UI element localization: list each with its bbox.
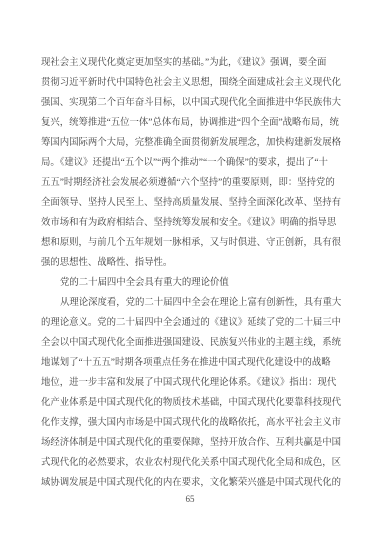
text-line: 从理论深度看，党的二十届四中全会在理论上富有创新性，具有重大 (41, 293, 343, 313)
text-line: 地谋划了“十五五”时期各项重点任务在推进中国式现代化建设中的战略 (41, 353, 343, 373)
text-line: 筹国内国际两个大局，完整准确全面贯彻新发展理念，加快构建新发展格 (41, 133, 343, 153)
text-line: 全面领导、坚持人民至上、坚持高质量发展、坚持全面深化改革、坚持有 (41, 193, 343, 213)
text-line: 地位，进一步丰富和发展了中国式现代化理论体系。《建议》指出：现代 (41, 373, 343, 393)
text-line: 局。《建议》还提出“五个以”“两个推动”“一个确保”的要求，提出了“十 (41, 153, 343, 173)
text-line: 域协调发展是中国式现代化的内在要求，文化繁荣兴盛是中国式现代化的 (41, 473, 343, 493)
text-line: 式现代化的必然要求，农业农村现代化关系中国式现代化全局和成色，区 (41, 453, 343, 473)
text-line: 的理论意义。党的二十届四中全会通过的《建议》延续了党的二十届三中 (41, 313, 343, 333)
text-line: 复兴，统筹推进“五位一体”总体布局，协调推进“四个全面”战略布局，统 (41, 113, 343, 133)
text-line: 五五”时期经济社会发展必须遵循“六个坚持”的重要原则，即：坚持党的 (41, 173, 343, 193)
section-heading: 党的二十届四中全会具有重大的理论价值 (41, 273, 343, 293)
text-line: 化产业体系是中国式现代化的物质技术基础，中国式现代化要靠科技现代 (41, 393, 343, 413)
text-block: 现社会主义现代化奠定更加坚实的基础。”为此，《建议》强调，要全面贯彻习近平新时代… (41, 53, 343, 493)
text-line: 效市场和有为政府相结合、坚持统筹发展和安全。《建议》明确的指导思 (41, 213, 343, 233)
text-line: 化作支撑，强大国内市场是中国式现代化的战略依托，高水平社会主义市 (41, 413, 343, 433)
text-line: 现社会主义现代化奠定更加坚实的基础。”为此，《建议》强调，要全面 (41, 53, 343, 73)
document-page: 现社会主义现代化奠定更加坚实的基础。”为此，《建议》强调，要全面贯彻习近平新时代… (0, 0, 380, 537)
text-line: 全会以中国式现代化全面推进强国建设、民族复兴伟业的主题主线，系统 (41, 333, 343, 353)
text-line: 场经济体制是中国式现代化的重要保障，坚持开放合作、互利共赢是中国 (41, 433, 343, 453)
page-number: 65 (0, 492, 380, 506)
text-line: 贯彻习近平新时代中国特色社会主义思想，围绕全面建成社会主义现代化 (41, 73, 343, 93)
text-line: 强的思想性、战略性、指导性。 (41, 253, 343, 273)
text-line: 强国、实现第二个百年奋斗目标，以中国式现代化全面推进中华民族伟大 (41, 93, 343, 113)
text-line: 想和原则，与前几个五年规划一脉相承，又与时俱进、守正创新，具有很 (41, 233, 343, 253)
